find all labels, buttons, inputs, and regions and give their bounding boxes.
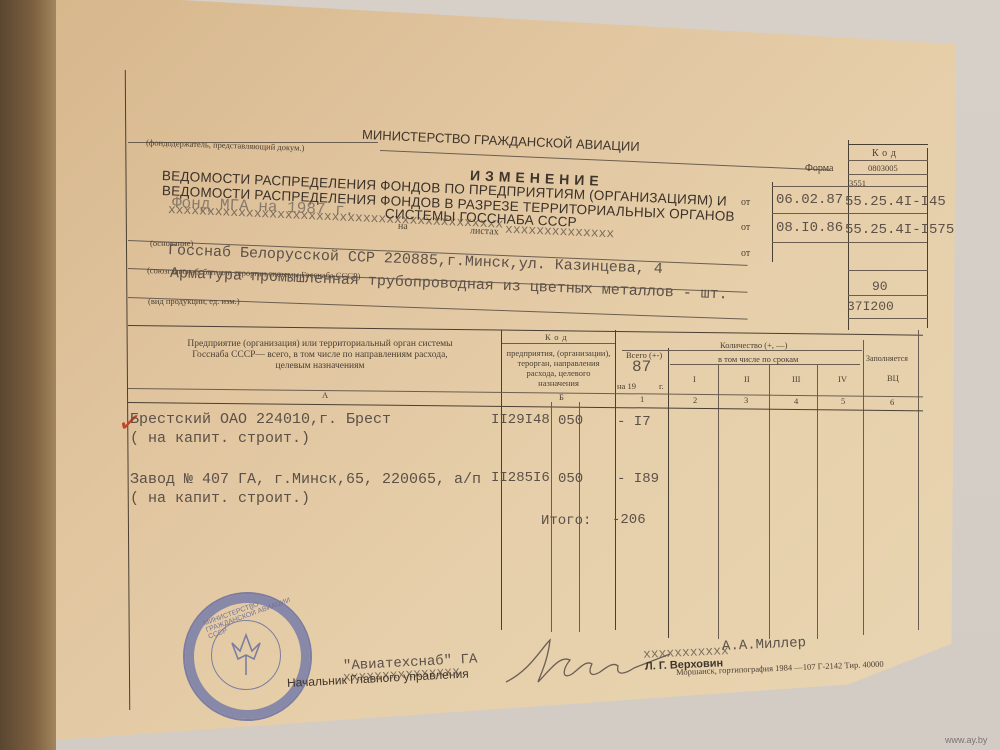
form-code: 0803005 [868, 163, 898, 173]
quantity-header-line [622, 350, 862, 351]
col-right-border [918, 330, 919, 630]
col-letter-a: А [322, 390, 328, 400]
quarter-4: IV [838, 374, 847, 384]
row-1-note: ( на капит. строит.) [130, 430, 310, 447]
date-col-left [772, 182, 773, 262]
date-1: 06.02.87 [776, 192, 843, 208]
sheets-label: листах [470, 225, 499, 237]
row-2-note: ( на капит. строит.) [130, 490, 310, 507]
code-header: Код [872, 148, 900, 159]
by-terms-header: в том числе по срокам [718, 354, 798, 364]
form-label: Форма [805, 163, 833, 174]
date-row-sep-1 [772, 213, 927, 214]
filled-sub: ВЦ [887, 373, 899, 383]
row-2-total: - I89 [617, 471, 659, 487]
product-code: 37I200 [847, 299, 894, 314]
total-value: -206 [612, 512, 646, 528]
from-label-2: от [741, 222, 750, 233]
col-q4-left [817, 364, 818, 639]
col-q2-left [718, 364, 719, 639]
col-num-5: 5 [841, 396, 845, 406]
date-2: 08.I0.86 [776, 220, 843, 236]
code-sep-2 [848, 174, 928, 175]
product-label: (вид продукции, ед. изм.) [148, 296, 240, 306]
col-q3-left [769, 364, 770, 639]
row-2-code1: II285I6 [491, 470, 550, 486]
unit-code: 90 [872, 279, 888, 294]
code-col-header-line [502, 343, 615, 344]
number-2: 55.25.4I-I575 [845, 222, 954, 238]
total-label: Итого: [541, 513, 591, 529]
total-year-prefix: на 19 [617, 381, 636, 391]
date-row-sep-2 [772, 242, 927, 243]
code-col-header: Код [545, 332, 571, 342]
col-num-1: 1 [640, 394, 644, 404]
total-year-suffix: г. [659, 381, 664, 391]
code-box-top [848, 144, 928, 145]
code-col-sub-header: предприятия, (организации), терорган, на… [506, 348, 611, 388]
quarter-1: I [693, 374, 696, 384]
col-num-6: 6 [890, 397, 894, 407]
row-1-name: Брестский ОАО 224010,г. Брест [130, 411, 391, 428]
row-1-code1: II29I48 [491, 412, 550, 428]
date-row-top [772, 186, 927, 187]
number-1: 55.25.4I-I45 [845, 194, 946, 210]
unit-box-sep [848, 295, 928, 296]
col-num-3: 3 [744, 395, 748, 405]
col-num-2: 2 [693, 395, 697, 405]
row-2-code2: 050 [558, 471, 583, 487]
row-2-name: Завод № 407 ГА, г.Минск,65, 220065, а/п [130, 471, 481, 488]
col-num-4: 4 [794, 396, 798, 406]
total-year-typed: 87 [632, 358, 651, 376]
col-letter-b: Б [559, 392, 564, 402]
from-label-1: от [741, 197, 750, 208]
filled-header: Заполняется [866, 354, 908, 363]
quarter-3: III [792, 374, 801, 384]
row-1-total: - I7 [617, 414, 651, 430]
quantity-header: Количество (+, —) [720, 340, 787, 350]
by-terms-line [670, 364, 860, 365]
background-left-edge [0, 0, 56, 750]
from-label-3: от [741, 248, 750, 259]
official-stamp: МИНИСТЕРСТВО ГРАЖДАНСКОЙ АВИАЦИИ СССР [183, 592, 312, 721]
col-a-header: Предприятие (организация) или территориа… [180, 339, 460, 372]
col-q1-left [668, 348, 669, 638]
on-label: на [398, 221, 408, 232]
code-sep-1 [848, 160, 928, 161]
unit-box-bottom [848, 318, 928, 319]
quarter-2: II [744, 374, 750, 384]
row-1-code2: 050 [558, 413, 583, 429]
watermark: www.ay.by [945, 735, 987, 745]
col-vc-left [863, 340, 864, 635]
unit-box-top [848, 270, 928, 271]
